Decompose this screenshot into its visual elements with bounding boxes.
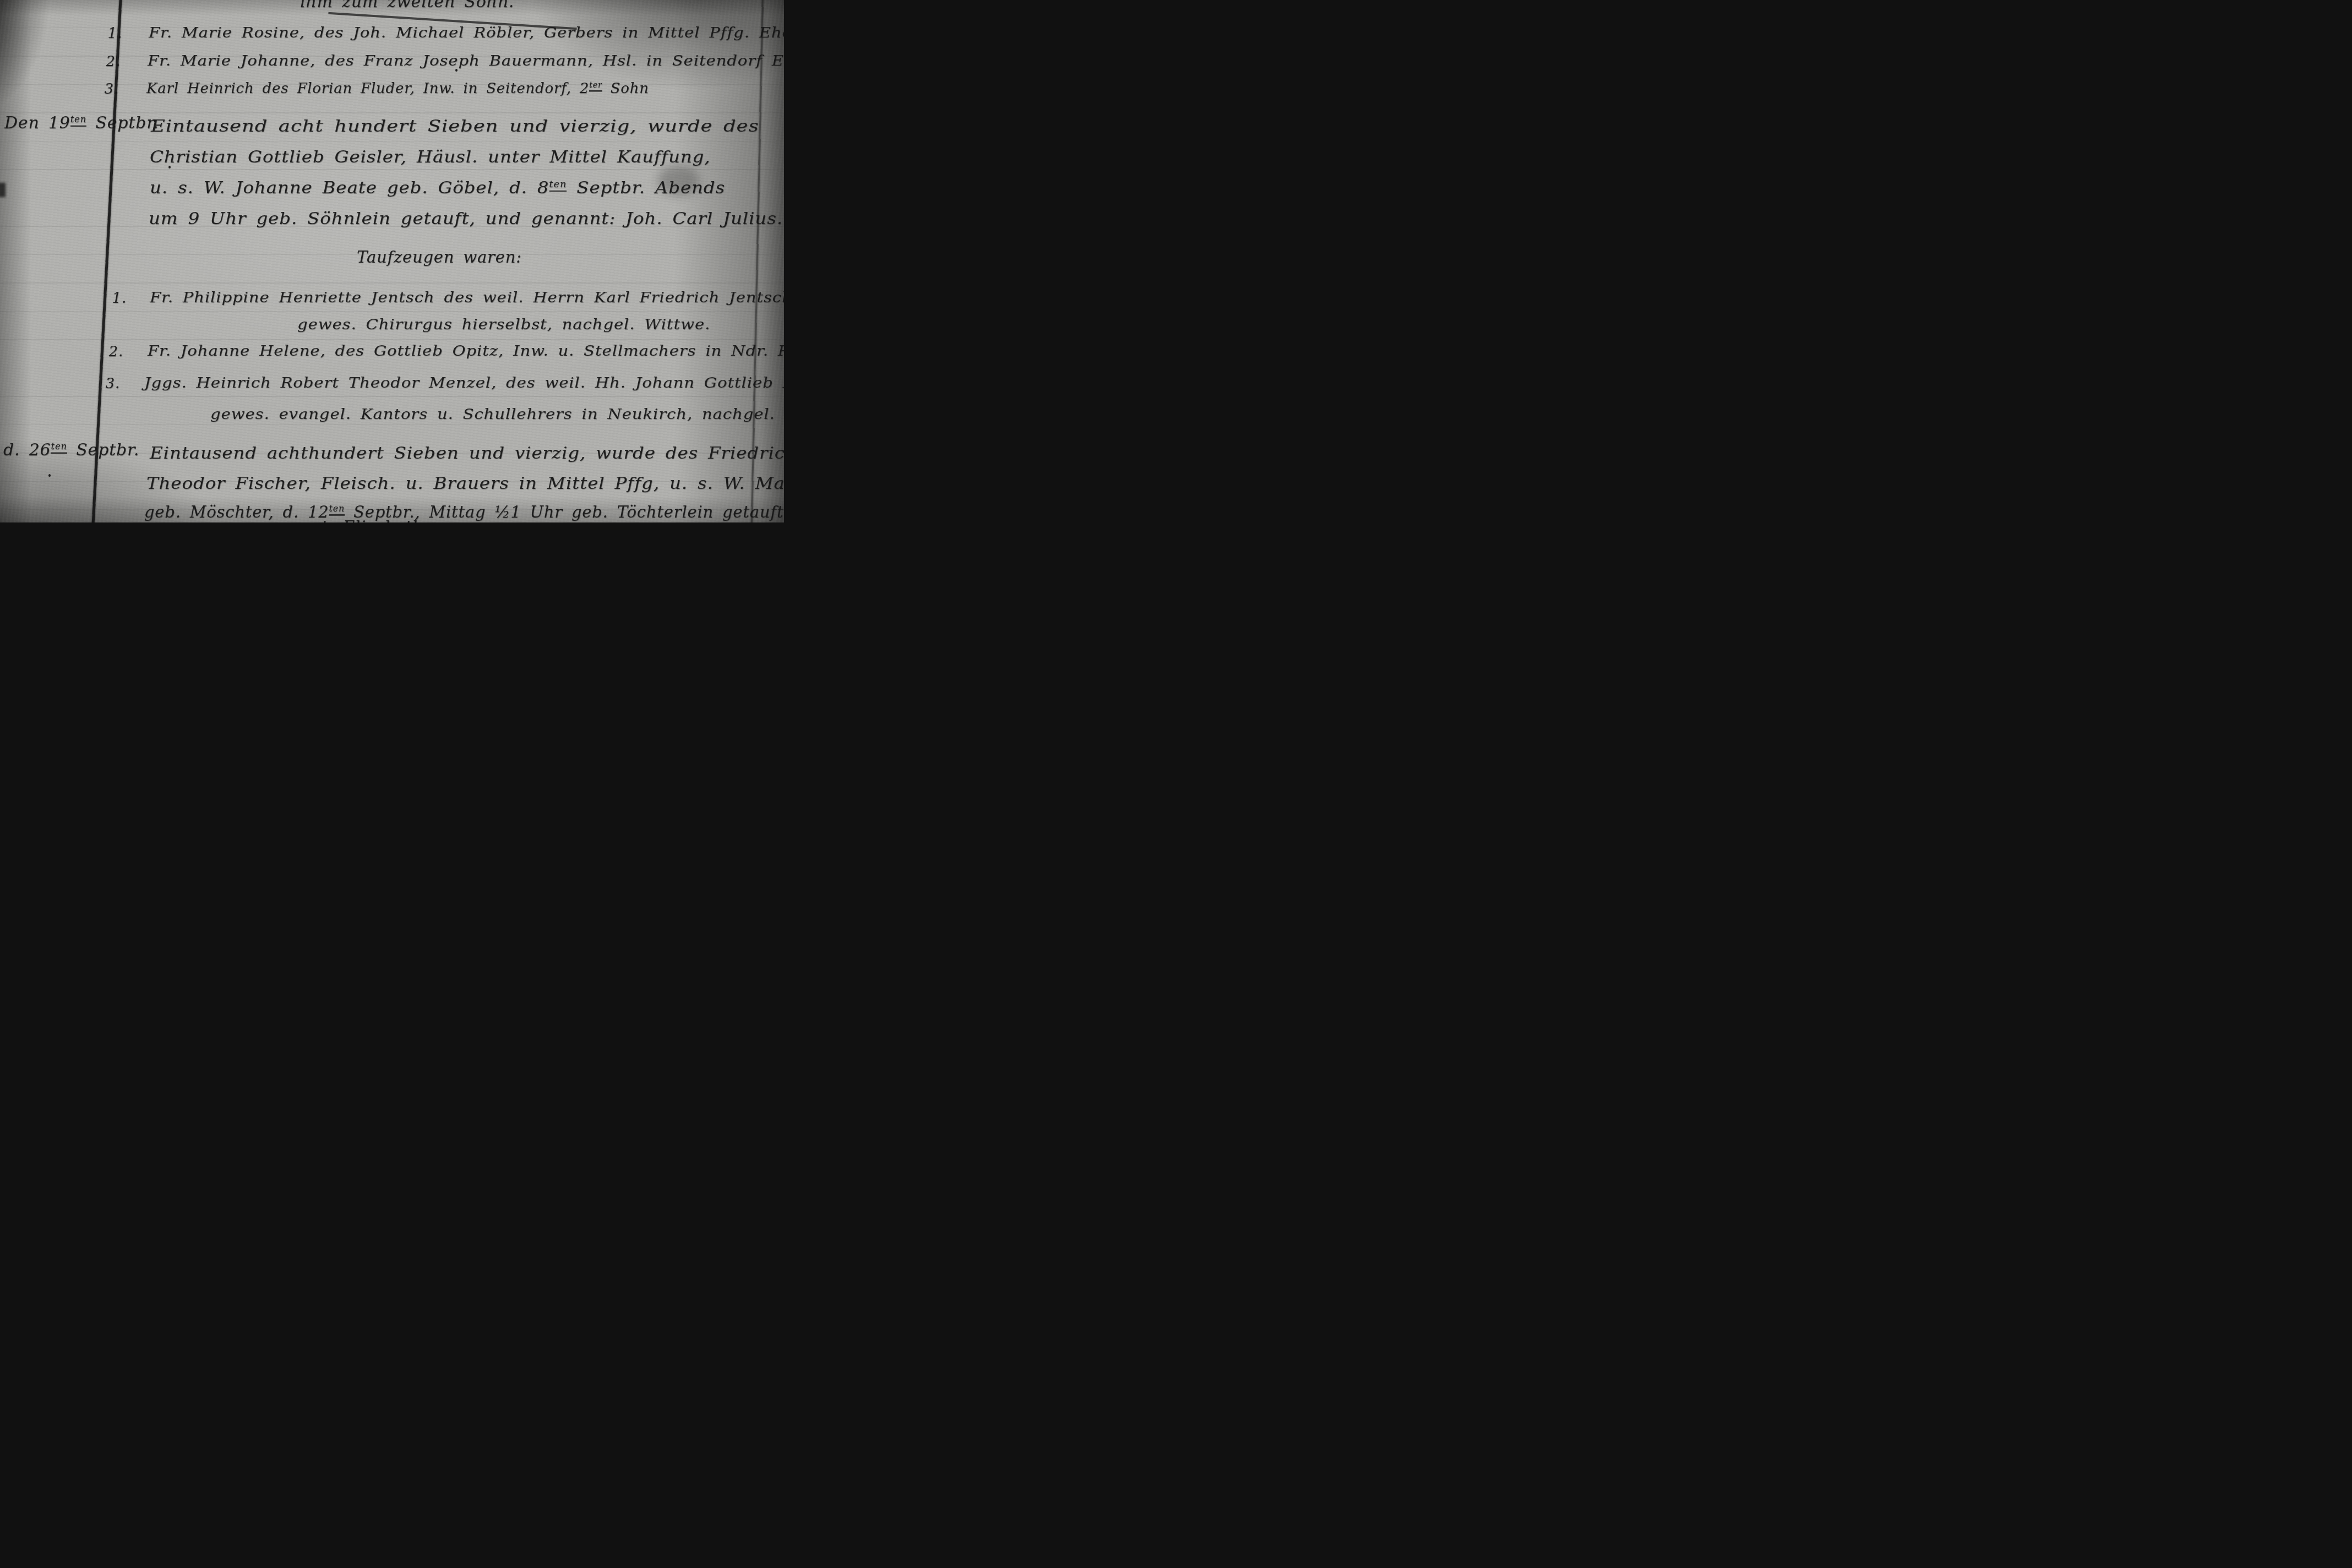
register-line: Eintausend acht hundert Sieben und vierz… bbox=[151, 117, 759, 135]
register-line: Fr. Marie Rosine, des Joh. Michael Röble… bbox=[149, 25, 784, 41]
ordinal-superscript: ter bbox=[589, 81, 602, 92]
date-text: Septbr. bbox=[67, 440, 139, 460]
date-text: d. 26 bbox=[3, 440, 51, 460]
list-item-number: 3. bbox=[100, 81, 119, 97]
page-edge-mark bbox=[0, 183, 6, 197]
witness-number: 1. bbox=[108, 290, 127, 307]
register-line: Fr. Philippine Henriette Jentsch des wei… bbox=[150, 290, 784, 306]
register-line: Christian Gottlieb Geisler, Häusl. unter… bbox=[150, 148, 710, 166]
register-line: u. s. W. Johanne Beate geb. Göbel, d. 8t… bbox=[150, 178, 725, 197]
list-item-number: 2. bbox=[102, 53, 121, 70]
ordinal-superscript: ten bbox=[70, 114, 86, 127]
register-line: gewes. Chirurgus hierselbst, nachgel. Wi… bbox=[297, 317, 710, 333]
scanned-register-page: ihm zum zweiten Sohn. 1. Fr. Marie Rosin… bbox=[0, 0, 784, 522]
register-line: Karl Heinrich des Florian Fluder, Inw. i… bbox=[146, 80, 649, 97]
ordinal-superscript: ten bbox=[329, 503, 345, 516]
register-line: Theodor Fischer, Fleisch. u. Brauers in … bbox=[146, 474, 784, 493]
page-heading: ihm zum zweiten Sohn. bbox=[300, 0, 514, 12]
line-text: Sohn bbox=[602, 80, 649, 97]
line-text: Karl Heinrich des Florian Fluder, Inw. i… bbox=[146, 80, 589, 97]
line-text: u. s. W. Johanne Beate geb. Göbel, d. 8 bbox=[150, 178, 549, 197]
ordinal-superscript: ten bbox=[51, 441, 67, 454]
date-text: Septbr. bbox=[86, 113, 159, 133]
witness-number: 3. bbox=[101, 375, 120, 392]
date-text: Den 19 bbox=[4, 113, 70, 133]
register-line: gewes. evangel. Kantors u. Schullehrers … bbox=[210, 406, 784, 423]
register-line: um 9 Uhr geb. Söhnlein getauft, und gena… bbox=[149, 209, 783, 228]
witness-number: 2. bbox=[105, 344, 123, 360]
register-line: Fr. Marie Johanne, des Franz Joseph Baue… bbox=[148, 53, 784, 69]
list-item-number: 1. bbox=[104, 25, 122, 42]
register-line: Eintausend achthundert Sieben und vierzi… bbox=[150, 444, 784, 462]
margin-date-entry1: Den 19ten Septbr. bbox=[4, 113, 159, 133]
witness-heading: Taufzeugen waren: bbox=[357, 248, 522, 266]
ink-speck bbox=[48, 474, 51, 477]
register-line-clipped: genannt: Elisabeth bbox=[259, 518, 423, 522]
margin-date-entry2: d. 26ten Septbr. bbox=[3, 440, 139, 460]
line-text: Septbr. Abends bbox=[567, 178, 725, 197]
register-line: geb. Möschter, d. 12ten Septbr., Mittag … bbox=[144, 503, 784, 521]
ordinal-superscript: ten bbox=[549, 179, 567, 192]
register-line: Jggs. Heinrich Robert Theodor Menzel, de… bbox=[144, 375, 784, 391]
register-line: Fr. Johanne Helene, des Gottlieb Opitz, … bbox=[148, 343, 784, 360]
